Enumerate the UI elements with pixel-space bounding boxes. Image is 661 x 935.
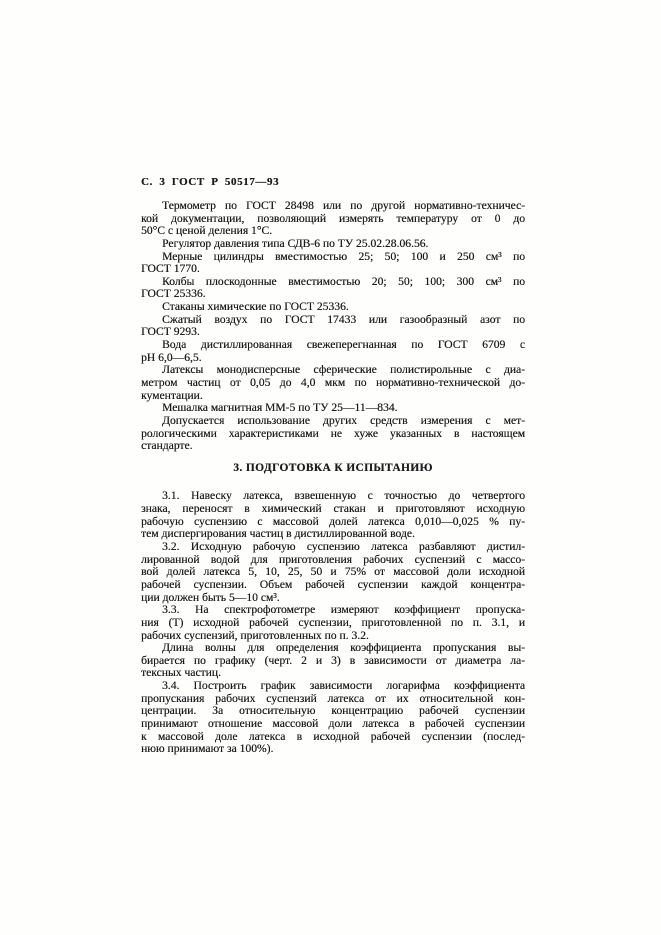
text-line: 3.3. На спектрофотометре измеряют коэффи… [141,604,525,617]
paragraph: Мерные цилиндры вместимостью 25; 50; 100… [141,251,525,276]
text-line: центрации. За относительную концентрацию… [141,705,525,718]
paragraph: Сжатый воздух по ГОСТ 17433 или газообра… [141,314,525,339]
paragraph: Мешалка магнитная ММ-5 по ТУ 25—11—834. [141,402,525,415]
paragraph: Регулятор давления типа СДВ-6 по ТУ 25.0… [141,238,525,251]
paragraph: Латексы монодисперсные сферические полис… [141,364,525,402]
paragraph: Длина волны для определения коэффициента… [141,642,525,680]
text-line: нюю принимают за 100%). [141,743,525,756]
text-line: рабочую суспензию с массовой долей латек… [141,516,525,529]
text-line: кой документации, позволяющий измерять т… [141,213,525,226]
paragraph: Колбы плоскодонные вместимостью 20; 50; … [141,276,525,301]
text-line: 3.2. Исходную рабочую суспензию латекса … [141,541,525,554]
paragraph: Термометр по ГОСТ 28498 или по другой но… [141,200,525,238]
text-line: Вода дистиллированная свежеперегнанная п… [141,339,525,352]
text-line: ГОСТ 9293. [141,326,525,339]
text-line: 50°С с ценой деления 1°С. [141,225,525,238]
text-line: принимают отношение массовой доли латекс… [141,718,525,731]
section-heading: 3. ПОДГОТОВКА К ИСПЫТАНИЮ [141,462,525,475]
text-line: Регулятор давления типа СДВ-6 по ТУ 25.0… [141,238,525,251]
text-line: pH 6,0—6,5. [141,352,525,365]
text-line: метром частиц от 0,05 до 4,0 мкм по норм… [141,377,525,390]
text-line: Сжатый воздух по ГОСТ 17433 или газообра… [141,314,525,327]
text-line: Термометр по ГОСТ 28498 или по другой но… [141,200,525,213]
text-line: рабочих суспензий, приготовленных по п. … [141,630,525,643]
text-line: вой долей латекса 5, 10, 25, 50 и 75% от… [141,566,525,579]
text-line: кументации. [141,390,525,403]
text-line: рабочей суспензии. Объем рабочей суспенз… [141,579,525,592]
text-line: Колбы плоскодонные вместимостью 20; 50; … [141,276,525,289]
paragraph: 3.3. На спектрофотометре измеряют коэффи… [141,604,525,642]
paragraph: 3.4. Построить график зависимости логари… [141,680,525,756]
text-line: бирается по графику (черт. 2 и 3) в зави… [141,655,525,668]
text-line: пропускания рабочих суспензий латекса от… [141,693,525,706]
text-line: Мешалка магнитная ММ-5 по ТУ 25—11—834. [141,402,525,415]
document-page: С. 3 ГОСТ Р 50517—93 Термометр по ГОСТ 2… [0,0,661,935]
paragraph: Вода дистиллированная свежеперегнанная п… [141,339,525,364]
text-line: Мерные цилиндры вместимостью 25; 50; 100… [141,251,525,264]
text-line: знака, переносят в химический стакан и п… [141,503,525,516]
text-line: лированной водой для приготовления рабоч… [141,554,525,567]
text-line: тем диспергирования частиц в дистиллиров… [141,528,525,541]
text-line: Допускается использование других средств… [141,415,525,428]
text-line: Стаканы химические по ГОСТ 25336. [141,301,525,314]
page-header: С. 3 ГОСТ Р 50517—93 [141,176,279,188]
paragraph: Допускается использование других средств… [141,415,525,453]
paragraph: Стаканы химические по ГОСТ 25336. [141,301,525,314]
text-line: стандарте. [141,440,525,453]
text-line: к массовой доле латекса в исходной рабоч… [141,731,525,744]
text-line: ГОСТ 25336. [141,288,525,301]
text-line: ГОСТ 1770. [141,263,525,276]
paragraph: 3.1. Навеску латекса, взвешенную с точно… [141,490,525,541]
text-line: рологическими характеристиками не хуже у… [141,428,525,441]
text-line: Длина волны для определения коэффициента… [141,642,525,655]
text-line: ции должен быть 5—10 см³. [141,592,525,605]
text-line: 3.1. Навеску латекса, взвешенную с точно… [141,490,525,503]
paragraph: 3.2. Исходную рабочую суспензию латекса … [141,541,525,604]
text-line: тексных частиц. [141,667,525,680]
text-line: Латексы монодисперсные сферические полис… [141,364,525,377]
text-line: ния (Т) исходной рабочей суспензии, приг… [141,617,525,630]
text-line: 3.4. Построить график зависимости логари… [141,680,525,693]
document-body: Термометр по ГОСТ 28498 или по другой но… [141,200,525,756]
